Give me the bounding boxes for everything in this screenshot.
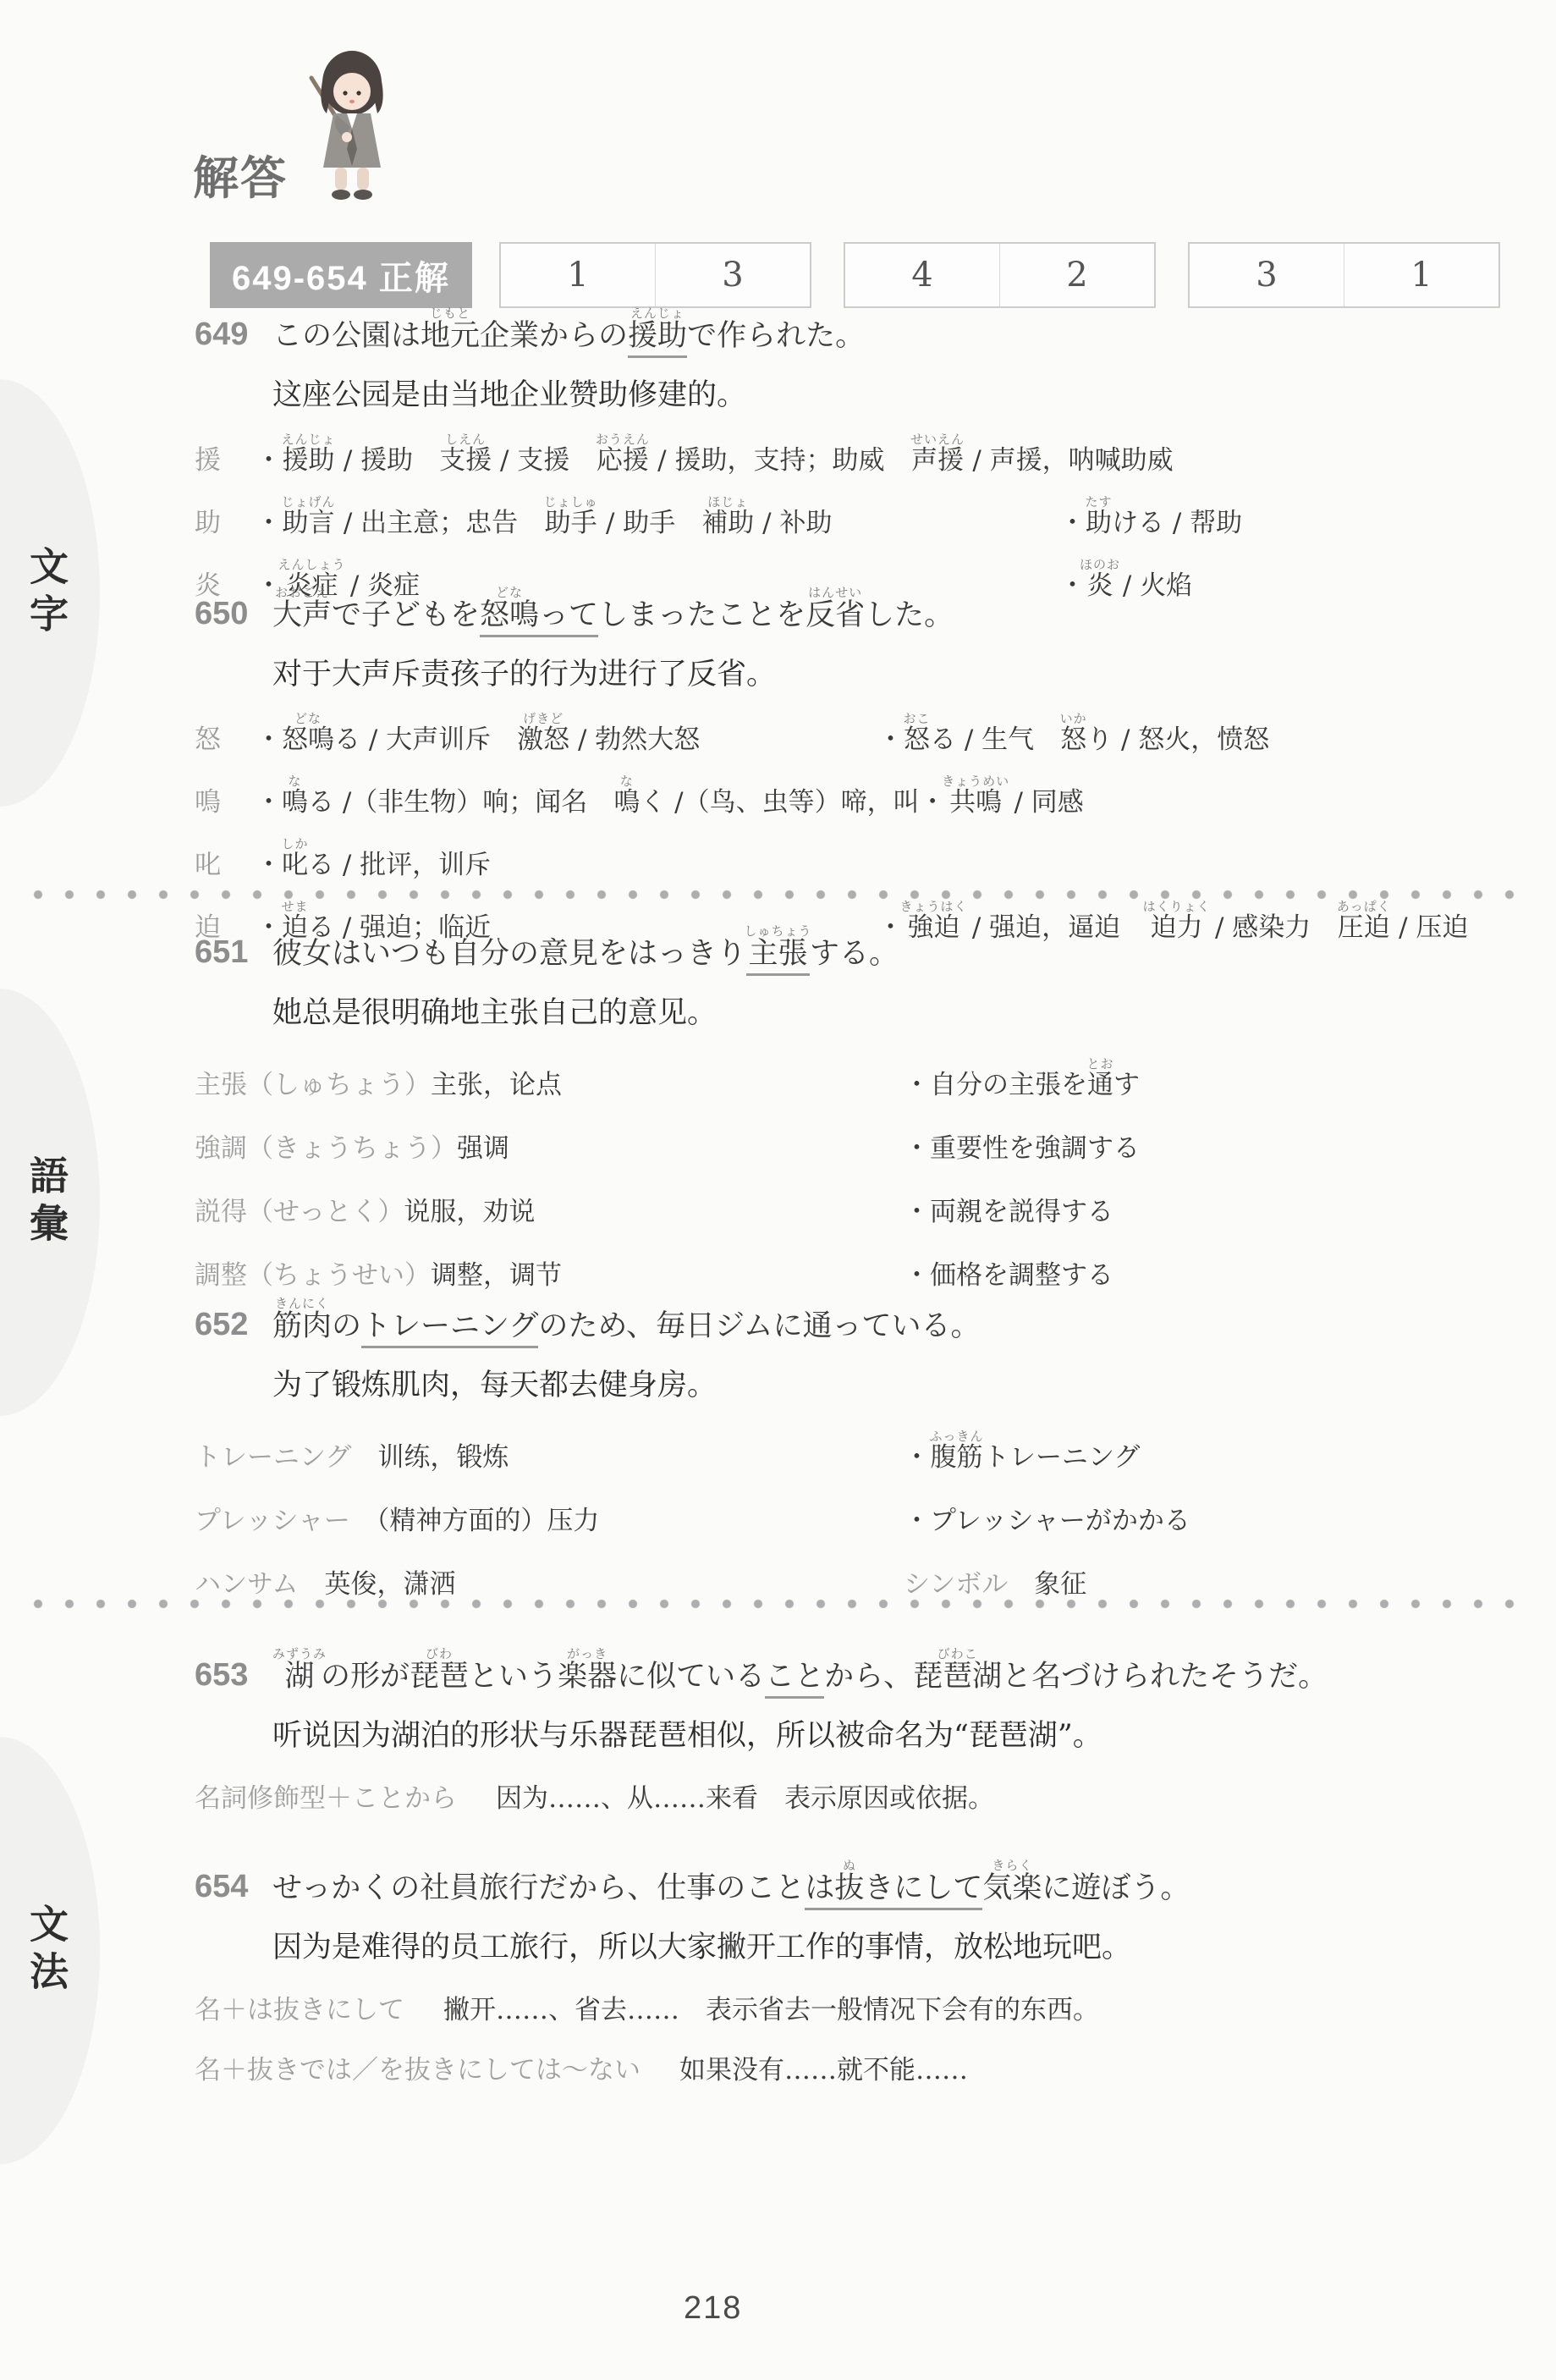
section-tab-goi-label: 語彙 [19,1155,74,1250]
text-segment: 主张，论点 [431,1070,562,1100]
text-segment: 强调 [457,1133,509,1164]
row-column-1: 因为……、从……来看 表示原因或依据。 [496,1777,994,1815]
text-segment: ける / 帮助 [1112,508,1242,538]
row-column-1: ・腹筋ふっきんトレーニング [904,1430,1140,1474]
vocab-row: 名＋抜きでは／を抜きにしては～ない如果没有……就不能…… [195,2048,1548,2086]
answer-cell: 4 [845,244,999,306]
question-number: 651 [195,934,272,972]
question-sentence: 大声おおごえで子どもを怒鳴どなってしまったことを反省はんせいした。 [272,586,954,634]
text-segment: トレーニング [983,1442,1140,1473]
row-column-0: ・助言じょげん / 出主意；忠告 助手じょしゅ / 助手 補助ほじょ / 补助 [256,495,1059,539]
ruby-word: 助たす [1086,508,1112,538]
text-segment: ・ [256,850,282,880]
row-column-1: ・自分の主張を通とおす [904,1057,1140,1101]
text-segment: 因为……、从……来看 表示原因或依据。 [496,1783,994,1814]
answer-key-row: 649-654 正解 1 3 4 2 3 1 [210,242,1500,308]
text-segment: 主張（しゅちょう） [195,1070,431,1100]
vocab-row: 説得（せっとく）说服，劝说・両親を説得する [195,1190,1548,1228]
text-segment: 名＋は抜きにして [195,1995,404,2025]
key-kanji: 助 [195,501,256,539]
ruby-word: 援助えんじょ [282,445,335,476]
ruby-word: 主張しゅちょう [746,937,810,976]
text-segment: に遊ぼう。 [1042,1871,1190,1905]
question-head: 654 せっかくの社員旅行だから、仕事のことは抜ぬきにして気楽きらくに遊ぼう。 [195,1859,1548,1907]
question-654: 654 せっかくの社員旅行だから、仕事のことは抜ぬきにして気楽きらくに遊ぼう。 … [195,1859,1548,2086]
textbook-page: 文字 語彙 文法 解答 649-65 [0,0,1556,2380]
text-segment: トレーニング [361,1309,538,1348]
vocab-row: ハンサム 英俊，潇洒シンボル 象征 [195,1562,1548,1600]
ruby-word: 通とお [1087,1070,1113,1100]
row-column-0: 名詞修飾型＋ことから [195,1777,457,1815]
text-segment: の形が [321,1660,410,1694]
text-segment: から、 [824,1660,913,1694]
text-segment: ・ [877,724,904,755]
text-segment: ・ [1059,508,1086,538]
vocab-row: 強調（きょうちょう）强调・重要性を強調する [195,1127,1548,1165]
ruby-word: 鳴な [613,787,640,818]
text-segment: は [805,1871,834,1910]
text-segment: ・価格を調整する [904,1260,1113,1291]
text-segment: ・ [256,445,282,476]
row-column-0: 主張（しゅちょう）主张，论点 [195,1063,904,1101]
key-kanji: 怒 [195,718,256,756]
ruby-word: 楽器がっき [558,1660,617,1694]
ruby-word: 叱しか [282,850,308,880]
ruby-word: 支援しえん [439,445,492,476]
text-segment: で子どもを [332,598,480,632]
row-column-1: ・プレッシャーがかかる [904,1499,1190,1537]
answer-group-3: 3 1 [1188,242,1500,308]
vocab-rows: 主張（しゅちょう）主张，论点・自分の主張を通とおす強調（きょうちょう）强调・重要… [195,1057,1548,1292]
text-segment: 英俊，潇洒 [298,1569,455,1600]
text-segment: / 同感 [1006,787,1084,818]
text-segment: / 援助 [335,445,439,476]
section-tab-bunpo: 文法 [0,1737,100,2164]
question-head: 650 大声おおごえで子どもを怒鳴どなってしまったことを反省はんせいした。 [195,586,1548,634]
question-translation: 为了锻炼肌肉，每天都去健身房。 [272,1362,1548,1404]
question-number: 650 [195,596,272,634]
text-segment: きにして [864,1871,982,1910]
text-segment: で作られた。 [687,319,865,353]
text-segment: のため、毎日ジムに通っている。 [538,1309,980,1343]
text-segment: せっかくの社員旅行だから、仕事のこと [272,1871,805,1905]
ruby-word: 応援おうえん [596,445,649,476]
text-segment: ・ [904,1442,930,1473]
kaito-heading: 解答 [193,142,288,207]
ruby-word: 大声おおごえ [272,598,332,632]
question-head: 653 湖みずうみの形が琵琶びわという楽器がっきに似ていることから、琵琶湖びわこ… [195,1647,1548,1695]
vocab-row: プレッシャー （精神方面的）压力・プレッシャーがかかる [195,1499,1548,1537]
row-column-0: ・叱しかる / 批评，训斥 [256,837,877,881]
vocab-row: 鳴・鳴なる /（非生物）响；闻名 鳴なく /（鸟、虫等）啼，叫・共鳴きょうめい … [195,774,1548,818]
question-652: 652 筋肉きんにくのトレーニングのため、毎日ジムに通っている。 为了锻炼肌肉，… [195,1297,1548,1600]
key-kanji: 鳴 [195,780,256,818]
text-segment: ハンサム [195,1569,298,1600]
question-number: 652 [195,1307,272,1345]
ruby-word: 腹筋ふっきん [930,1442,983,1473]
question-sentence: この公園は地元じもと企業からの援助えんじょで作られた。 [272,306,865,355]
row-column-1: ・重要性を強調する [904,1127,1140,1165]
text-segment: の [332,1309,361,1343]
key-kanji: 援 [195,438,256,477]
text-segment: る / 批评，训斥 [308,850,491,880]
question-number: 649 [195,317,272,355]
text-segment: ・ [256,787,282,818]
row-column-0: 説得（せっとく）说服，劝说 [195,1190,904,1228]
text-segment: 撇开……、省去…… 表示省去一般情况下会有的东西。 [443,1995,1099,2025]
text-segment: ・プレッシャーがかかる [904,1506,1190,1536]
text-segment: / 助手 [597,508,701,538]
text-segment: 训练，锻炼 [351,1442,509,1473]
text-segment: ・ [256,724,282,755]
row-column-0: ・援助えんじょ / 援助 支援しえん / 支援 応援おうえん / 援助，支持；助… [256,432,1174,477]
ruby-word: 激怒げきど [517,724,569,755]
row-column-0: 名＋抜きでは／を抜きにしては～ない [195,2048,641,2086]
text-segment: という [469,1660,558,1694]
vocab-row: 名詞修飾型＋ことから因为……、从……来看 表示原因或依据。 [195,1777,1548,1815]
text-segment: く /（鸟、虫等）啼，叫 [640,787,919,818]
question-translation: 听说因为湖泊的形状与乐器琵琶相似，所以被命名为“琵琶湖”。 [272,1712,1548,1755]
row-column-1: ・怒おこる / 生气 怒いかり / 怒火，愤怒 [877,712,1269,756]
ruby-word: 気楽きらく [982,1871,1042,1905]
vocab-row: 助・助言じょげん / 出主意；忠告 助手じょしゅ / 助手 補助ほじょ / 补助… [195,495,1548,539]
vocab-row: 援・援助えんじょ / 援助 支援しえん / 支援 応援おうえん / 援助，支持；… [195,432,1548,477]
ruby-word: 筋肉きんにく [272,1309,332,1343]
question-sentence: 彼女はいつも自分の意見をはっきり主張しゅちょうする。 [272,924,899,972]
row-column-0: 調整（ちょうせい）调整，调节 [195,1253,904,1292]
vocab-rows: 援・援助えんじょ / 援助 支援しえん / 支援 応援おうえん / 援助，支持；… [195,432,1548,602]
question-head: 651 彼女はいつも自分の意見をはっきり主張しゅちょうする。 [195,924,1548,972]
text-segment: プレッシャー [195,1506,350,1536]
row-column-1: 撇开……、省去…… 表示省去一般情况下会有的东西。 [443,1988,1099,2026]
answer-cell: 3 [1190,244,1344,306]
row-column-1: シンボル 象征 [904,1562,1086,1600]
section-tab-moji-label: 文字 [19,546,74,641]
answer-group-2: 4 2 [844,242,1156,308]
text-segment: しまったことを [598,598,805,632]
vocab-row: 主張（しゅちょう）主张，论点・自分の主張を通とおす [195,1057,1548,1101]
answer-cell: 3 [655,244,810,306]
text-segment: ・ [256,508,282,538]
text-segment: 象征 [1008,1569,1086,1600]
ruby-word: 助言じょげん [282,508,335,538]
text-segment: す [1113,1070,1140,1100]
answer-group-1: 1 3 [499,242,811,308]
teacher-girl-illustration [298,39,406,208]
text-segment: って [539,598,598,637]
question-translation: 对于大声斥责孩子的行为进行了反省。 [272,651,1548,693]
key-kanji: 叱 [195,843,256,881]
text-segment: 调整，调节 [431,1260,562,1291]
text-segment: 名＋抜きでは／を抜きにしては～ない [195,2055,641,2085]
text-segment: に似ている [617,1660,765,1694]
ruby-word: 地元じもと [421,319,480,353]
vocab-row: トレーニング 训练，锻炼・腹筋ふっきんトレーニング [195,1430,1548,1474]
text-segment: 調整（ちょうせい） [195,1260,431,1291]
text-segment: る /（非生物）响；闻名 [308,787,613,818]
grammar-rows: 名詞修飾型＋ことから因为……、从……来看 表示原因或依据。 [195,1777,1548,1815]
ruby-word: 反省はんせい [805,598,865,632]
text-segment: る / 大声训斥 [334,724,517,755]
question-649: 649 この公園は地元じもと企業からの援助えんじょで作られた。 这座公园是由当地… [195,306,1548,602]
text-segment: こと [765,1660,824,1699]
text-segment: 彼女はいつも自分の意見をはっきり [272,937,746,971]
vocab-rows: 怒・怒鳴どなる / 大声训斥 激怒げきど / 勃然大怒・怒おこる / 生气 怒い… [195,712,1548,944]
text-segment: この公園は [272,319,421,353]
text-segment: トレーニング [195,1442,351,1473]
row-column-0: 強調（きょうちょう）强调 [195,1127,904,1165]
ruby-word: 怒鳴どな [282,724,334,755]
question-head: 652 筋肉きんにくのトレーニングのため、毎日ジムに通っている。 [195,1297,1548,1345]
ruby-word: 湖みずうみ [272,1660,321,1694]
text-segment: 強調（きょうちょう） [195,1133,457,1164]
text-segment: する。 [810,937,899,971]
text-segment: シンボル [904,1569,1008,1600]
vocab-rows: トレーニング 训练，锻炼・腹筋ふっきんトレーニングプレッシャー （精神方面的）压… [195,1430,1548,1600]
text-segment: / 援助，支持；助威 [649,445,910,476]
question-head: 649 この公園は地元じもと企業からの援助えんじょで作られた。 [195,306,1548,355]
ruby-word: 琵琶湖びわこ [913,1660,1002,1694]
text-segment: 名詞修飾型＋ことから [195,1783,457,1814]
ruby-word: 琵琶びわ [410,1660,469,1694]
question-sentence: 筋肉きんにくのトレーニングのため、毎日ジムに通っている。 [272,1297,981,1345]
text-segment: / 出主意；忠告 [335,508,544,538]
text-segment: / 支援 [492,445,596,476]
text-segment: / 声援，呐喊助威 [964,445,1173,476]
row-column-1: ・価格を調整する [904,1253,1113,1292]
vocab-row: 叱・叱しかる / 批评，训斥 [195,837,1548,881]
answer-range-badge: 649-654 正解 [210,242,472,308]
text-segment: 说服，劝说 [404,1197,535,1227]
section-tab-moji: 文字 [0,379,100,807]
answer-cell: 2 [999,244,1154,306]
ruby-word: 共鳴きょうめい [946,787,1006,818]
row-column-0: トレーニング 训练，锻炼 [195,1435,904,1474]
text-segment: / 补助 [754,508,832,538]
dotted-divider [32,1598,1526,1610]
row-column-0: ハンサム 英俊，潇洒 [195,1562,904,1600]
text-segment: る / 生气 [930,724,1060,755]
answer-cell: 1 [1344,244,1498,306]
ruby-word: 助手じょしゅ [544,508,597,538]
row-column-1: 如果没有……就不能…… [679,2048,968,2086]
ruby-word: 怒鳴どな [480,598,539,637]
text-segment: ・重要性を強調する [904,1133,1140,1164]
answer-cell: 1 [501,244,655,306]
grammar-rows: 名＋は抜きにして撇开……、省去…… 表示省去一般情况下会有的东西。名＋抜きでは／… [195,1988,1548,2086]
question-sentence: 湖みずうみの形が琵琶びわという楽器がっきに似ていることから、琵琶湖びわこと名づけ… [272,1647,1328,1695]
row-column-1: ・助たすける / 帮助 [1059,495,1242,539]
row-column-0: ・怒鳴どなる / 大声训斥 激怒げきど / 勃然大怒 [256,712,877,756]
page-number: 218 [684,2290,742,2327]
question-translation: 因为是难得的员工旅行，所以大家撇开工作的事情，放松地玩吧。 [272,1924,1548,1966]
question-number: 654 [195,1869,272,1907]
ruby-word: 援助えんじょ [628,319,687,358]
section-tab-bunpo-label: 文法 [19,1903,74,1998]
vocab-row: 名＋は抜きにして撇开……、省去…… 表示省去一般情况下会有的东西。 [195,1988,1548,2026]
text-segment: ・自分の主張を [904,1070,1087,1100]
question-sentence: せっかくの社員旅行だから、仕事のことは抜ぬきにして気楽きらくに遊ぼう。 [272,1859,1190,1907]
question-number: 653 [195,1657,272,1695]
dotted-divider [32,889,1526,901]
text-segment: した。 [865,598,954,632]
text-segment: 如果没有……就不能…… [679,2055,968,2085]
question-653: 653 湖みずうみの形が琵琶びわという楽器がっきに似ていることから、琵琶湖びわこ… [195,1647,1548,1815]
row-column-1: ・共鳴きょうめい / 同感 [920,774,1084,818]
text-segment: 企業からの [480,319,628,353]
vocab-row: 怒・怒鳴どなる / 大声训斥 激怒げきど / 勃然大怒・怒おこる / 生气 怒い… [195,712,1548,756]
text-segment: ・両親を説得する [904,1197,1113,1227]
question-translation: 她总是很明确地主张自己的意见。 [272,989,1548,1032]
row-column-0: 名＋は抜きにして [195,1988,404,2026]
ruby-word: 抜ぬ [834,1871,864,1910]
vocab-row: 調整（ちょうせい）调整，调节・価格を調整する [195,1253,1548,1292]
text-segment: 説得（せっとく） [195,1197,404,1227]
question-translation: 这座公园是由当地企业赞助修建的。 [272,372,1548,414]
ruby-word: 声援せいえん [910,445,964,476]
answer-groups: 1 3 4 2 3 1 [499,242,1500,308]
ruby-word: 怒おこ [904,724,930,755]
row-column-0: プレッシャー （精神方面的）压力 [195,1499,904,1537]
question-651: 651 彼女はいつも自分の意見をはっきり主張しゅちょうする。 她总是很明确地主张… [195,924,1548,1292]
text-segment: り / 怒火，愤怒 [1086,724,1269,755]
row-column-1: ・両親を説得する [904,1190,1113,1228]
ruby-word: 鳴な [282,787,308,818]
text-segment: と名づけられたそうだ。 [1002,1660,1328,1694]
text-segment: / 勃然大怒 [569,724,700,755]
section-tab-goi: 語彙 [0,989,100,1416]
ruby-word: 補助ほじょ [701,508,754,538]
text-segment: （精神方面的）压力 [350,1506,600,1536]
ruby-word: 怒いか [1060,724,1086,755]
row-column-0: ・鳴なる /（非生物）响；闻名 鳴なく /（鸟、虫等）啼，叫 [256,774,920,818]
